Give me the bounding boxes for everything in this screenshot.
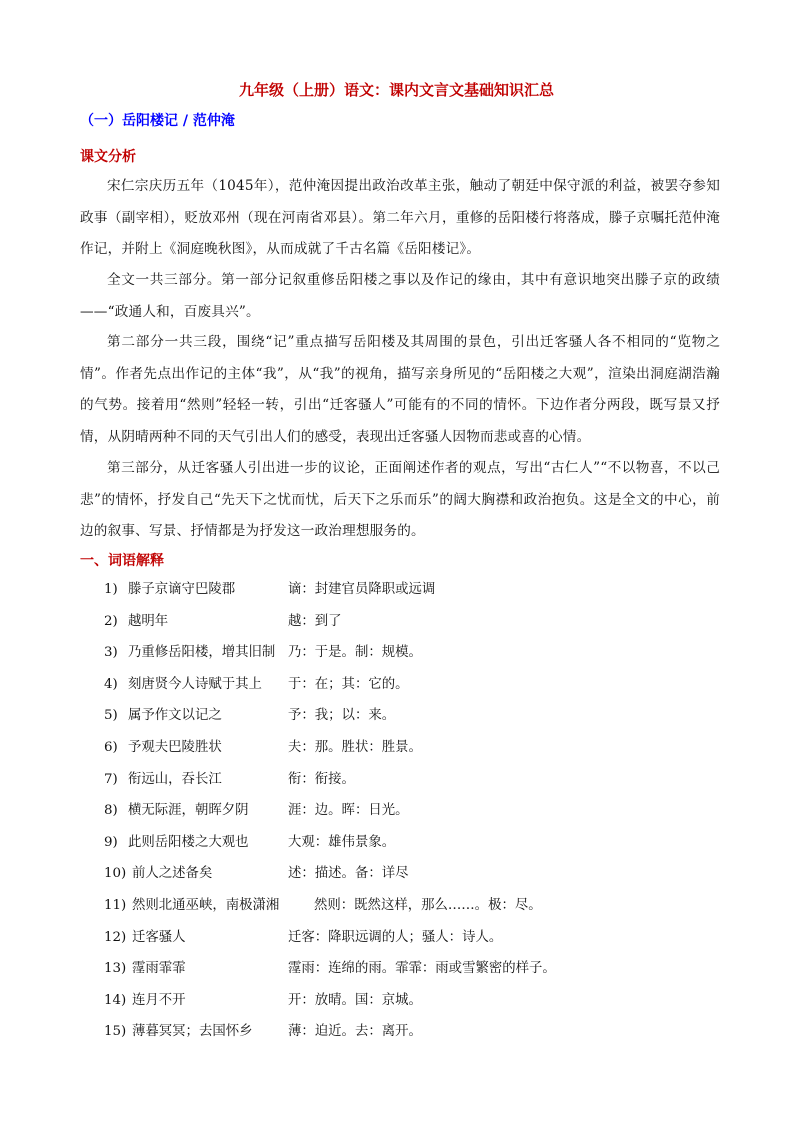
- vocab-number: 7): [104, 768, 118, 792]
- vocab-number: 8): [104, 799, 118, 823]
- vocab-definition: 霪雨：连绵的雨。霏霏：雨或雪繁密的样子。: [288, 957, 556, 981]
- vocab-number: 15): [104, 1020, 126, 1044]
- vocab-number: 12): [104, 926, 126, 950]
- vocab-definition: 迁客：降职远调的人；骚人：诗人。: [288, 926, 502, 950]
- paragraph-1: 宋仁宗庆历五年（1045年），范仲淹因提出政治改革主张，触动了朝廷中保守派的利益…: [80, 171, 720, 266]
- vocab-number: 6): [104, 736, 118, 760]
- vocab-number: 10): [104, 862, 126, 886]
- paragraph-4: 第三部分，从迁客骚人引出进一步的议论，正面阐述作者的观点，写出“古仁人”“不以物…: [80, 453, 720, 548]
- vocab-definition: 涯：边。晖：日光。: [288, 799, 409, 823]
- vocab-definition: 予：我；以：来。: [288, 704, 395, 728]
- vocab-number: 14): [104, 989, 126, 1013]
- vocab-item: 6) 予观夫巴陵胜状 夫：那。胜状：胜景。: [104, 736, 724, 768]
- vocab-term: 予观夫巴陵胜状: [128, 736, 222, 760]
- vocab-item: 13) 霪雨霏霏 霪雨：连绵的雨。霏霏：雨或雪繁密的样子。: [104, 957, 724, 989]
- vocab-term: 衔远山，吞长江: [128, 768, 222, 792]
- paragraph-3: 第二部分一共三段，围绕“记”重点描写岳阳楼及其周围的景色，引出迁客骚人各不相同的…: [80, 327, 720, 453]
- vocab-term: 刻唐贤今人诗赋于其上: [128, 673, 262, 697]
- vocab-item: 15) 薄暮冥冥；去国怀乡 薄：迫近。去：离开。: [104, 1020, 724, 1052]
- vocab-definition: 薄：迫近。去：离开。: [288, 1020, 422, 1044]
- vocab-number: 4): [104, 673, 118, 697]
- vocab-term: 属予作文以记之: [128, 704, 222, 728]
- vocab-list: 1) 滕子京谪守巴陵郡 谪：封建官员降职或远调 2) 越明年 越：到了 3) 乃…: [104, 578, 724, 1052]
- vocab-definition: 谪：封建官员降职或远调: [288, 578, 435, 602]
- vocab-definition: 越：到了: [288, 610, 342, 634]
- vocab-item: 10) 前人之述备矣 述：描述。备：详尽: [104, 862, 724, 894]
- vocab-item: 12) 迁客骚人 迁客：降职远调的人；骚人：诗人。: [104, 926, 724, 958]
- document-title: 九年级（上册）语文：课内文言文基础知识汇总: [0, 80, 793, 100]
- vocab-item: 9) 此则岳阳楼之大观也 大观：雄伟景象。: [104, 831, 724, 863]
- section-heading: （一）岳阳楼记 / 范仲淹: [80, 111, 235, 131]
- vocab-number: 11): [104, 894, 126, 918]
- vocab-definition: 于：在；其：它的。: [288, 673, 409, 697]
- vocab-term: 滕子京谪守巴陵郡: [128, 578, 235, 602]
- vocab-number: 2): [104, 610, 118, 634]
- vocab-number: 13): [104, 957, 126, 981]
- vocab-item: 1) 滕子京谪守巴陵郡 谪：封建官员降职或远调: [104, 578, 724, 610]
- vocab-number: 9): [104, 831, 118, 855]
- vocab-definition: 大观：雄伟景象。: [288, 831, 395, 855]
- vocab-term: 薄暮冥冥；去国怀乡: [132, 1020, 253, 1044]
- vocab-definition: 夫：那。胜状：胜景。: [288, 736, 422, 760]
- paragraph-2: 全文一共三部分。第一部分记叙重修岳阳楼之事以及作记的缘由，其中有意识地突出滕子京…: [80, 265, 720, 328]
- vocab-term: 连月不开: [132, 989, 186, 1013]
- vocab-definition: 乃：于是。制：规模。: [288, 641, 422, 665]
- vocab-definition: 然则：既然这样，那么……。极：尽。: [314, 894, 542, 918]
- vocab-term: 乃重修岳阳楼，增其旧制: [128, 641, 275, 665]
- vocab-number: 3): [104, 641, 118, 665]
- vocab-definition: 述：描述。备：详尽: [288, 862, 409, 886]
- document-page: 九年级（上册）语文：课内文言文基础知识汇总 （一）岳阳楼记 / 范仲淹 课文分析…: [0, 0, 793, 1122]
- vocab-definition: 开：放晴。国：京城。: [288, 989, 422, 1013]
- vocab-item: 5) 属予作文以记之 予：我；以：来。: [104, 704, 724, 736]
- vocab-term: 霪雨霏霏: [132, 957, 186, 981]
- vocab-term: 迁客骚人: [132, 926, 186, 950]
- vocab-term: 越明年: [128, 610, 168, 634]
- vocab-item: 7) 衔远山，吞长江 衔：衔接。: [104, 768, 724, 800]
- vocab-item: 11) 然则北通巫峡，南极潇湘 然则：既然这样，那么……。极：尽。: [104, 894, 724, 926]
- vocab-term: 横无际涯，朝晖夕阴: [128, 799, 249, 823]
- analysis-heading: 课文分析: [80, 147, 136, 167]
- vocab-item: 4) 刻唐贤今人诗赋于其上 于：在；其：它的。: [104, 673, 724, 705]
- vocab-number: 1): [104, 578, 118, 602]
- vocab-item: 2) 越明年 越：到了: [104, 610, 724, 642]
- vocab-item: 8) 横无际涯，朝晖夕阴 涯：边。晖：日光。: [104, 799, 724, 831]
- vocab-term: 此则岳阳楼之大观也: [128, 831, 249, 855]
- vocab-heading: 一、词语解释: [80, 551, 164, 571]
- vocab-definition: 衔：衔接。: [288, 768, 355, 792]
- vocab-item: 3) 乃重修岳阳楼，增其旧制 乃：于是。制：规模。: [104, 641, 724, 673]
- vocab-item: 14) 连月不开 开：放晴。国：京城。: [104, 989, 724, 1021]
- vocab-term: 然则北通巫峡，南极潇湘: [132, 894, 279, 918]
- vocab-number: 5): [104, 704, 118, 728]
- vocab-term: 前人之述备矣: [132, 862, 212, 886]
